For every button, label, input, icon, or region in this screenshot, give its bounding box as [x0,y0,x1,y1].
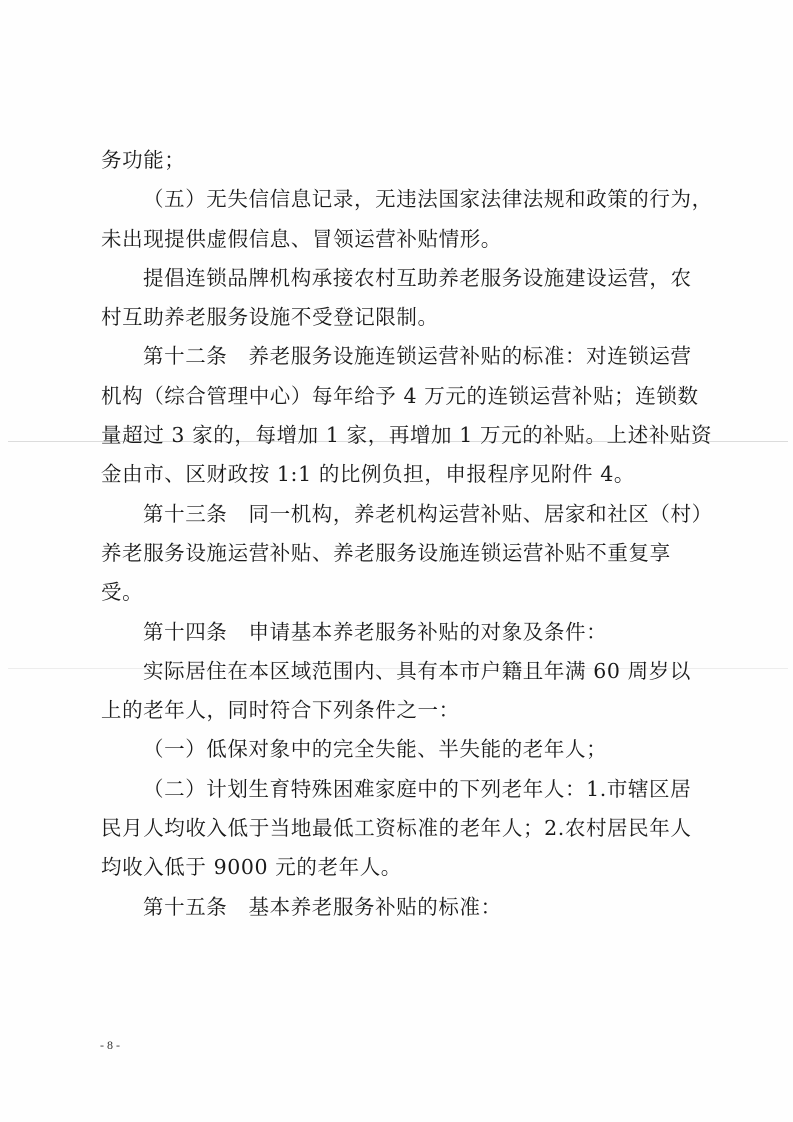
article-heading-line: 第十四条 申请基本养老服务补贴的对象及条件： [101,613,691,652]
text-line: 务功能； [101,141,691,180]
text-line: 提倡连锁品牌机构承接农村互助养老服务设施建设运营，农 [101,259,691,298]
document-page: 务功能； （五）无失信信息记录，无违法国家法律法规和政策的行为， 未出现提供虚假… [0,0,793,1122]
text-line: 受。 [101,573,691,612]
text-line: 机构（综合管理中心）每年给予 4 万元的连锁运营补贴；连锁数 [101,377,691,416]
text-line: 上的老年人，同时符合下列条件之一： [101,691,691,730]
document-body: 务功能； （五）无失信信息记录，无违法国家法律法规和政策的行为， 未出现提供虚假… [101,141,691,927]
text-line: 实际居住在本区域范围内、具有本市户籍且年满 60 周岁以 [101,652,691,691]
text-line: 民月人均收入低于当地最低工资标准的老年人；2.农村居民年人 [101,809,691,848]
text-line: 金由市、区财政按 1:1 的比例负担，申报程序见附件 4。 [101,455,691,494]
article-heading-line: 第十五条 基本养老服务补贴的标准： [101,888,691,927]
text-line: 村互助养老服务设施不受登记限制。 [101,298,691,337]
article-heading-line: 第十二条 养老服务设施连锁运营补贴的标准：对连锁运营 [101,337,691,376]
list-item-line: （一）低保对象中的完全失能、半失能的老年人； [101,730,691,769]
article-heading-line: 第十三条 同一机构，养老机构运营补贴、居家和社区（村） [101,495,691,534]
text-line: （五）无失信信息记录，无违法国家法律法规和政策的行为， [101,180,691,219]
page-number: - 8 - [100,1038,120,1053]
text-line: 均收入低于 9000 元的老年人。 [101,848,691,887]
text-line: 量超过 3 家的，每增加 1 家，再增加 1 万元的补贴。上述补贴资 [101,416,691,455]
list-item-line: （二）计划生育特殊困难家庭中的下列老年人：1.市辖区居 [101,770,691,809]
text-line: 养老服务设施运营补贴、养老服务设施连锁运营补贴不重复享 [101,534,691,573]
text-line: 未出现提供虚假信息、冒领运营补贴情形。 [101,220,691,259]
